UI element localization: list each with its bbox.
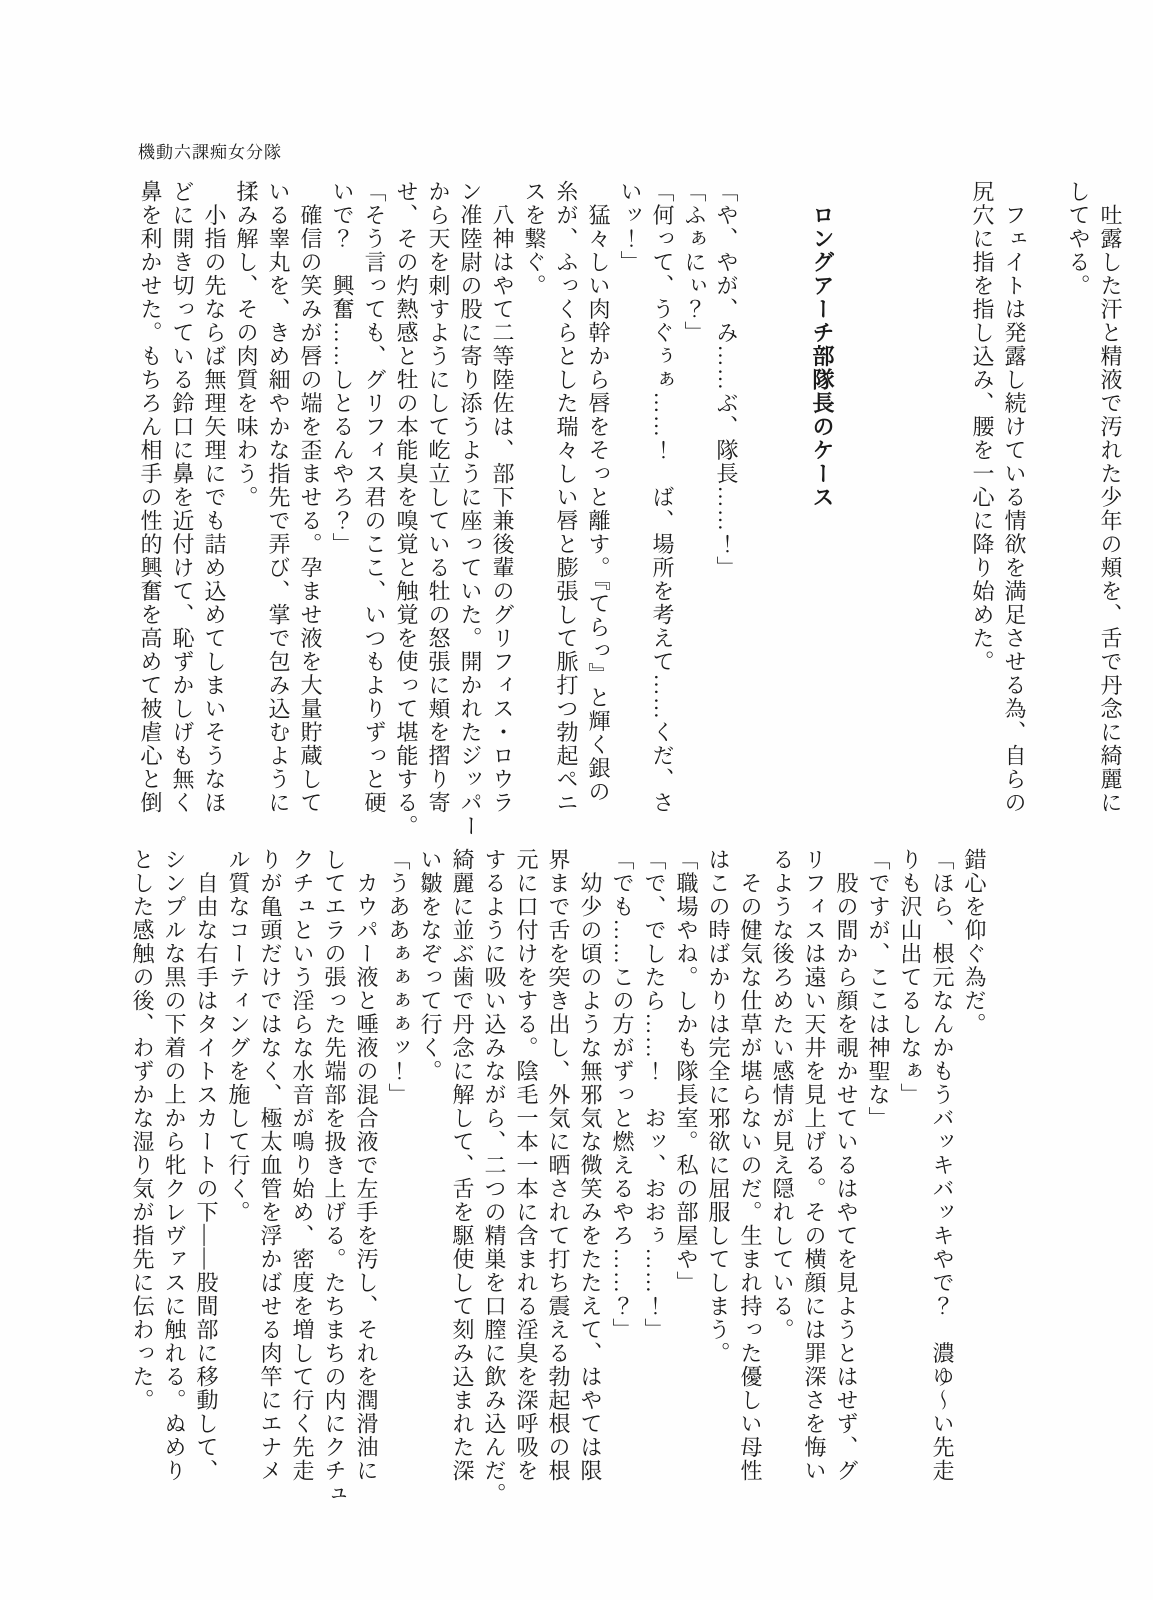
text-column: 小指の先ならば無理矢理にでも詰め込めてしまいそうなほ: [198, 180, 230, 860]
text-column: その健気な仕草が堪らないのだ。生まれ持った優しい母性: [734, 848, 766, 1528]
text-column: とした感触の後、わずかな湿り気が指先に伝わった。: [126, 848, 158, 1528]
text-column: いで？ 興奮……しとるんやろ？」: [326, 180, 358, 860]
text-column: 猛々しい肉幹から唇をそっと離す。『てらっ』と輝く銀の: [582, 180, 614, 860]
text-column: 「職場やね。しかも隊長室。私の部屋や」: [670, 848, 702, 1528]
column-gap: [934, 180, 966, 860]
text-column: ル質なコーティングを施して行く。: [222, 848, 254, 1528]
text-column: 鼻を利かせた。もちろん相手の性的興奮を高めて被虐心と倒: [134, 180, 166, 860]
text-column: 錯心を仰ぐ為だ。: [958, 848, 990, 1528]
text-column: 揉み解し、その肉質を味わう。: [230, 180, 262, 860]
text-column: 糸が、ふっくらとした瑞々しい唇と膨張して脈打つ勃起ペニ: [550, 180, 582, 860]
text-column: 元に口付けをする。陰毛一本一本に含まれる淫臭を深呼吸を: [510, 848, 542, 1528]
text-column: い皺をなぞって行く。: [414, 848, 446, 1528]
text-column: してエラの張った先端部を扱き上げる。たちまちの内にクチュ: [318, 848, 350, 1528]
text-column: 「何って、うぐぅぁ……！ ば、場所を考えて……くだ、さ: [646, 180, 678, 860]
text-column: 自由な右手はタイトスカートの下――股間部に移動して、: [190, 848, 222, 1528]
text-column: クチュという淫らな水音が鳴り始め、密度を増して行く先走: [286, 848, 318, 1528]
text-column: シンプルな黒の下着の上から牝クレヴァスに触れる。ぬめり: [158, 848, 190, 1528]
page-header-title: 機動六課痴女分隊: [138, 138, 282, 163]
text-column: はこの時ばかりは完全に邪欲に屈服してしまう。: [702, 848, 734, 1528]
column-gap: [774, 180, 806, 860]
text-column: 「ですが、ここは神聖な」: [862, 848, 894, 1528]
text-column: 幼少の頃のような無邪気な微笑みをたたえて、はやては限: [574, 848, 606, 1528]
column-gap: [902, 180, 934, 860]
text-column: 「や、やが、み……ぶ、隊長……！」: [710, 180, 742, 860]
text-column: するように吸い込みながら、二つの精巣を口膣に飲み込んだ。: [478, 848, 510, 1528]
text-column: 股の間から顔を覗かせているはやてを見ようとはせず、グ: [830, 848, 862, 1528]
text-column: 「で、でしたら……！ おッ、おおぅ……！」: [638, 848, 670, 1528]
text-column: スを繋ぐ。: [518, 180, 550, 860]
text-column: いる睾丸を、きめ細やかな指先で弄び、掌で包み込むように: [262, 180, 294, 860]
text-column: 「ふぁにぃ？」: [678, 180, 710, 860]
column-gap: [870, 180, 902, 860]
text-column: 確信の笑みが唇の端を歪ませる。孕ませ液を大量貯蔵して: [294, 180, 326, 860]
text-column: 尻穴に指を指し込み、腰を一心に降り始めた。: [966, 180, 998, 860]
text-column: フェイトは発露し続けている情欲を満足させる為、自らの: [998, 180, 1030, 860]
column-gap: [742, 180, 774, 860]
text-column: から天を刺すようにして屹立している牡の怒張に頬を摺り寄: [422, 180, 454, 860]
section-title-column: ロングアーチ部隊長のケース: [806, 180, 838, 860]
text-column: 「うああぁぁぁぁッ！」: [382, 848, 414, 1528]
text-column: るような後ろめたい感情が見え隠れしている。: [766, 848, 798, 1528]
text-column: りも沢山出てるしなぁ」: [894, 848, 926, 1528]
text-column: 界まで舌を突き出し、外気に晒されて打ち震える勃起根の根: [542, 848, 574, 1528]
text-column: いッ！」: [614, 180, 646, 860]
text-column: ン准陸尉の股に寄り添うように座っていた。開かれたジッパー: [454, 180, 486, 860]
text-column: 「でも……この方がずっと燃えるやろ……？」: [606, 848, 638, 1528]
text-column: 綺麗に並ぶ歯で丹念に解して、舌を駆使して刻み込まれた深: [446, 848, 478, 1528]
text-column: せ、その灼熱感と牡の本能臭を嗅覚と触覚を使って堪能する。: [390, 180, 422, 860]
text-column: カウパー液と唾液の混合液で左手を汚し、それを潤滑油に: [350, 848, 382, 1528]
text-column: 八神はやて二等陸佐は、部下兼後輩のグリフィス・ロウラ: [486, 180, 518, 860]
column-gap: [838, 180, 870, 860]
top-text-block: 吐露した汗と精液で汚れた少年の頬を、舌で丹念に綺麗にしてやる。 フェイトは発露し…: [134, 180, 1126, 860]
text-column: リフィスは遠い天井を見上げる。その横顔には罪深さを悔い: [798, 848, 830, 1528]
text-column: してやる。: [1062, 180, 1094, 860]
text-column: どに開き切っている鈴口に鼻を近付けて、恥ずかしげも無く: [166, 180, 198, 860]
text-column: 「ほら、根元なんかもうバッキバッキやで？ 濃ゆ～い先走: [926, 848, 958, 1528]
bottom-text-block: 錯心を仰ぐ為だ。「ほら、根元なんかもうバッキバッキやで？ 濃ゆ～い先走りも沢山出…: [126, 848, 990, 1528]
column-gap: [1030, 180, 1062, 860]
text-column: 「そう言っても、グリフィス君のここ、いつもよりずっと硬: [358, 180, 390, 860]
text-column: 吐露した汗と精液で汚れた少年の頬を、舌で丹念に綺麗に: [1094, 180, 1126, 860]
text-column: りが亀頭だけではなく、極太血管を浮かばせる肉竿にエナメ: [254, 848, 286, 1528]
